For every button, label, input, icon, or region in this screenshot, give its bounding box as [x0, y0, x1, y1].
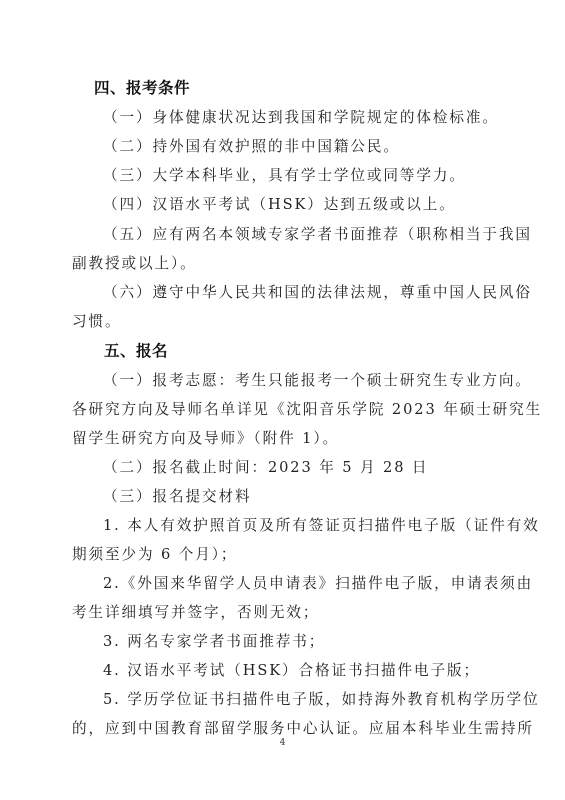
paragraph-line: （六）遵守中华人民共和国的法律法规，尊重中国人民风俗: [103, 278, 508, 307]
paragraph-line: 各研究方向及导师名单详见《沈阳音乐学院 2023 年硕士研究生: [72, 395, 508, 424]
paragraph-line: 5. 学历学位证书扫描件电子版，如持海外教育机构学历学位: [103, 685, 508, 714]
paragraph-line: 3. 两名专家学者书面推荐书；: [103, 627, 508, 656]
paragraph-line: （二）报名截止时间：2023 年 5 月 28 日: [103, 453, 508, 482]
paragraph-line: 4. 汉语水平考试（HSK）合格证书扫描件电子版；: [103, 656, 508, 685]
paragraph-line: （三）报名提交材料: [103, 482, 508, 511]
paragraph-line: 1. 本人有效护照首页及所有签证页扫描件电子版（证件有效: [103, 511, 508, 540]
paragraph-line: 习惯。: [72, 307, 508, 336]
paragraph-line: 2.《外国来华留学人员申请表》扫描件电子版，申请表须由: [103, 569, 508, 598]
paragraph-line: （二）持外国有效护照的非中国籍公民。: [103, 132, 508, 161]
paragraph-line: （一）报考志愿：考生只能报考一个硕士研究生专业方向。: [103, 366, 508, 395]
section-heading-5: 五、报名: [104, 337, 540, 366]
page-number: 4: [0, 738, 565, 748]
paragraph-line: 考生详细填写并签字，否则无效；: [72, 598, 508, 627]
paragraph-line: 副教授或以上）。: [72, 249, 508, 278]
paragraph-line: （一）身体健康状况达到我国和学院规定的体检标准。: [103, 103, 508, 132]
paragraph-line: （四）汉语水平考试（HSK）达到五级或以上。: [103, 190, 508, 219]
section-heading-4: 四、报考条件: [94, 74, 530, 103]
paragraph-line: 留学生研究方向及导师》（附件 1）。: [72, 424, 508, 453]
paragraph-line: （五）应有两名本领域专家学者书面推荐（职称相当于我国: [103, 220, 508, 249]
paragraph-line: 期须至少为 6 个月）；: [72, 540, 508, 569]
document-page: 四、报考条件 （一）身体健康状况达到我国和学院规定的体检标准。 （二）持外国有效…: [0, 0, 565, 800]
paragraph-line: （三）大学本科毕业，具有学士学位或同等学力。: [103, 161, 508, 190]
